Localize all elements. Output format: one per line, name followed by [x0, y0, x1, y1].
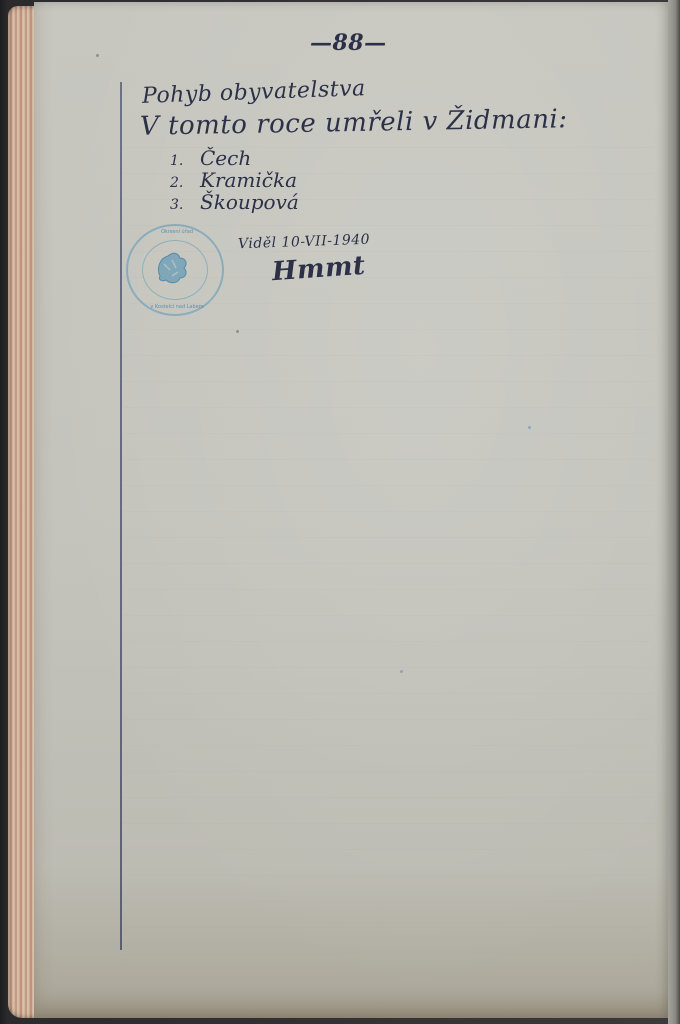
- stamp-top-text: Okresní úřad: [142, 229, 212, 235]
- ink-speck: [96, 54, 99, 57]
- heading-population-movement: Pohyb obyvatelstva: [142, 76, 366, 109]
- margin-line: [120, 82, 122, 950]
- ink-speck: [400, 670, 403, 673]
- page-right-edge: [668, 0, 680, 1024]
- ink-speck: [528, 426, 531, 429]
- ledger-page: —88— Pohyb obyvatelstva V tomto roce umř…: [34, 2, 674, 1018]
- stamp-bottom-text: v Kostelci nad Labem: [144, 304, 210, 310]
- list-item: 1. Čech: [170, 146, 299, 168]
- deceased-name: Čech: [200, 146, 251, 170]
- list-number: 2.: [170, 175, 184, 191]
- list-item: 3. Škoupová: [170, 190, 299, 212]
- deceased-name: Kramička: [200, 168, 297, 192]
- ink-speck: [236, 330, 239, 333]
- deceased-list: 1. Čech 2. Kramička 3. Škoupová: [170, 146, 299, 212]
- deceased-name: Škoupová: [200, 190, 299, 214]
- list-number: 1.: [170, 153, 184, 169]
- page-number: —88—: [310, 30, 387, 56]
- official-stamp: Okresní úřad v Kostelci nad Labem: [126, 224, 224, 316]
- list-item: 2. Kramička: [170, 168, 299, 190]
- lion-emblem-icon: [150, 246, 196, 290]
- list-number: 3.: [170, 197, 184, 213]
